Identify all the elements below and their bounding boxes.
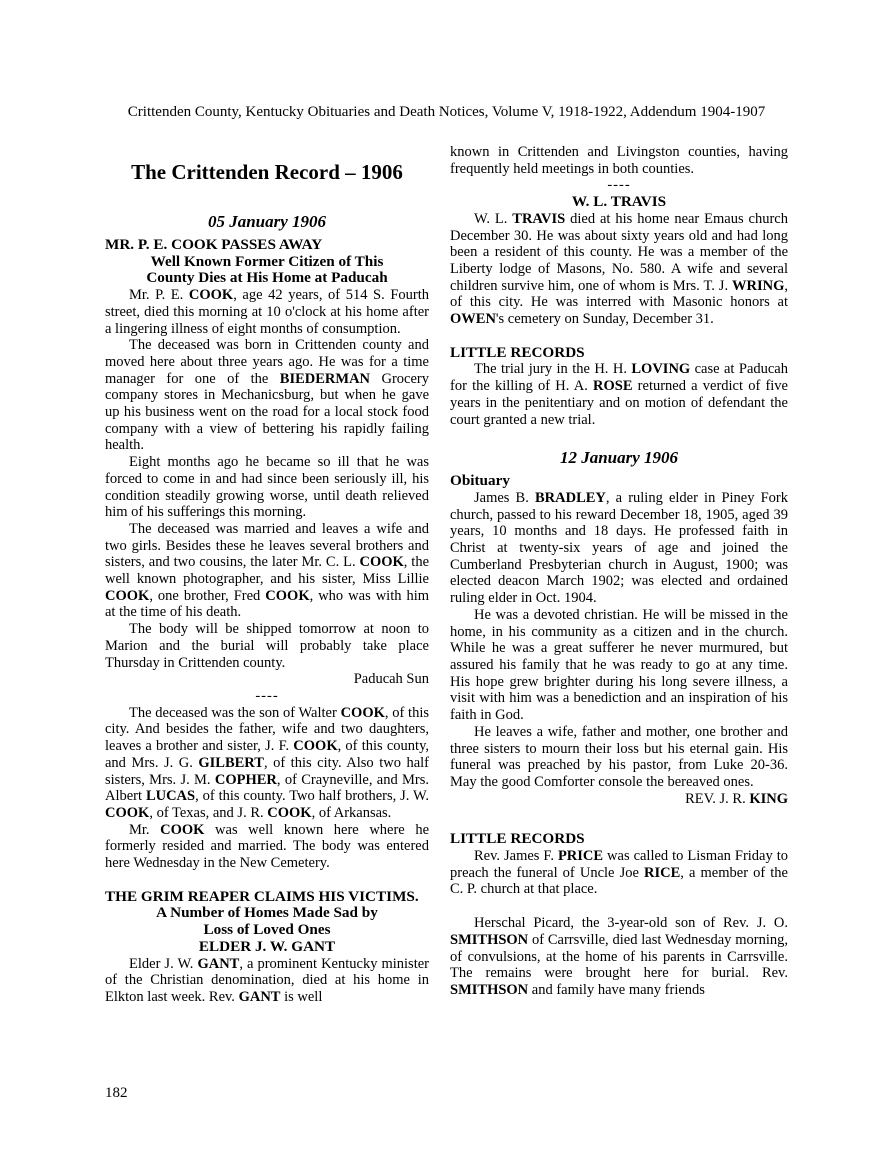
bold-name: GANT [197,956,239,972]
bold-name: SMITHSON [450,932,528,948]
text-run: Mr. [129,822,160,838]
text-run: is well [280,989,322,1005]
paragraph: The deceased was born in Crittenden coun… [105,337,429,454]
attribution-line: REV. J. R. KING [450,791,788,808]
article-headline: THE GRIM REAPER CLAIMS HIS VICTIMS. [105,889,429,906]
date-heading: 12 January 1906 [450,448,788,468]
text-run: Paducah Sun [354,671,429,687]
section-title: The Crittenden Record – 1906 [105,158,429,186]
paragraph: He leaves a wife, father and mother, one… [450,724,788,791]
spacer [450,807,788,831]
bold-name: TRAVIS [512,211,565,227]
paragraph: Herschal Picard, the 3-year-old son of R… [450,915,788,999]
article-headline: LITTLE RECORDS [450,345,788,362]
article-subhead: ELDER J. W. GANT [105,939,429,956]
article-subhead: W. L. TRAVIS [450,194,788,211]
bold-name: COOK [105,805,149,821]
left-column: The Crittenden Record – 190605 January 1… [105,144,429,1006]
paragraph: The body will be shipped tomorrow at noo… [105,621,429,671]
bold-name: WRING [732,278,784,294]
text-run: He was a devoted christian. He will be m… [450,607,788,723]
bold-name: GANT [239,989,281,1005]
article-subhead: A Number of Homes Made Sad by [105,905,429,922]
text-run: Mr. P. E. [129,287,189,303]
paragraph: known in Crittenden and Livingston count… [450,144,788,177]
separator: ---- [450,177,788,194]
bold-name: PRICE [558,848,603,864]
spacer [450,898,788,915]
bold-name: COOK [189,287,233,303]
bold-name: KING [749,791,788,807]
bold-name: ROSE [593,378,633,394]
right-column: known in Crittenden and Livingston count… [450,144,788,1006]
text-run: The body will be shipped tomorrow at noo… [105,621,429,670]
bold-name: COPHER [215,772,277,788]
text-run: Rev. James F. [474,848,558,864]
bold-name: RICE [644,865,680,881]
text-run: , of Arkansas. [312,805,392,821]
date-heading: 05 January 1906 [105,212,429,232]
bold-name: COOK [293,738,337,754]
bold-name: COOK [160,822,204,838]
paragraph: Elder J. W. GANT, a prominent Kentucky m… [105,956,429,1006]
text-run: and family have many friends [528,982,705,998]
bold-name: COOK [265,588,309,604]
article-headline: LITTLE RECORDS [450,831,788,848]
separator: ---- [105,688,429,705]
article-subhead: County Dies at His Home at Paducah [105,270,429,287]
paragraph: Mr. P. E. COOK, age 42 years, of 514 S. … [105,287,429,337]
bold-name: LOVING [631,361,690,377]
bold-name: OWEN [450,311,496,327]
text-run: Herschal Picard, the 3-year-old son of R… [474,915,788,931]
bold-name: BIEDERMAN [280,371,370,387]
text-run: James B. [474,490,535,506]
text-run: , a ruling elder in Piney Fork church, p… [450,490,788,606]
text-run: The deceased was the son of Walter [129,705,341,721]
bold-name: LUCAS [146,788,195,804]
text-run: Elder J. W. [129,956,197,972]
text-run: 's cemetery on Sunday, December 31. [496,311,714,327]
text-run: Eight months ago he became so ill that h… [105,454,429,520]
bold-name: COOK [341,705,385,721]
paragraph: James B. BRADLEY, a ruling elder in Pine… [450,490,788,607]
paragraph: Mr. COOK was well known here where he fo… [105,822,429,872]
spacer [105,872,429,889]
paragraph: W. L. TRAVIS died at his home near Emaus… [450,211,788,328]
text-run: REV. J. R. [685,791,749,807]
bold-name: BRADLEY [535,490,606,506]
bold-name: GILBERT [198,755,264,771]
article-subhead: Loss of Loved Ones [105,922,429,939]
text-run: , of Texas, and J. R. [149,805,267,821]
text-run: W. L. [474,211,512,227]
text-run: The trial jury in the H. H. [474,361,631,377]
running-header: Crittenden County, Kentucky Obituaries a… [0,103,893,121]
paragraph: Rev. James F. PRICE was called to Lisman… [450,848,788,898]
text-run: He leaves a wife, father and mother, one… [450,724,788,790]
paragraph: He was a devoted christian. He will be m… [450,607,788,724]
paragraph: The deceased was the son of Walter COOK,… [105,705,429,822]
article-headline: Obituary [450,473,788,490]
two-column-body: The Crittenden Record – 190605 January 1… [105,144,789,1006]
bold-name: COOK [105,588,149,604]
page-number: 182 [105,1084,128,1102]
paragraph: The trial jury in the H. H. LOVING case … [450,361,788,428]
bold-name: COOK [267,805,311,821]
document-page: { "page": { "header": "Crittenden County… [0,0,893,1155]
text-run: , one brother, Fred [149,588,265,604]
text-run: known in Crittenden and Livingston count… [450,144,788,177]
text-run: , of this county. Two half brothers, J. … [195,788,429,804]
paragraph: Eight months ago he became so ill that h… [105,454,429,521]
bold-name: COOK [359,554,403,570]
spacer [450,328,788,345]
article-headline: MR. P. E. COOK PASSES AWAY [105,237,429,254]
paragraph: The deceased was married and leaves a wi… [105,521,429,621]
attribution-line: Paducah Sun [105,671,429,688]
bold-name: SMITHSON [450,982,528,998]
article-subhead: Well Known Former Citizen of This [105,254,429,271]
